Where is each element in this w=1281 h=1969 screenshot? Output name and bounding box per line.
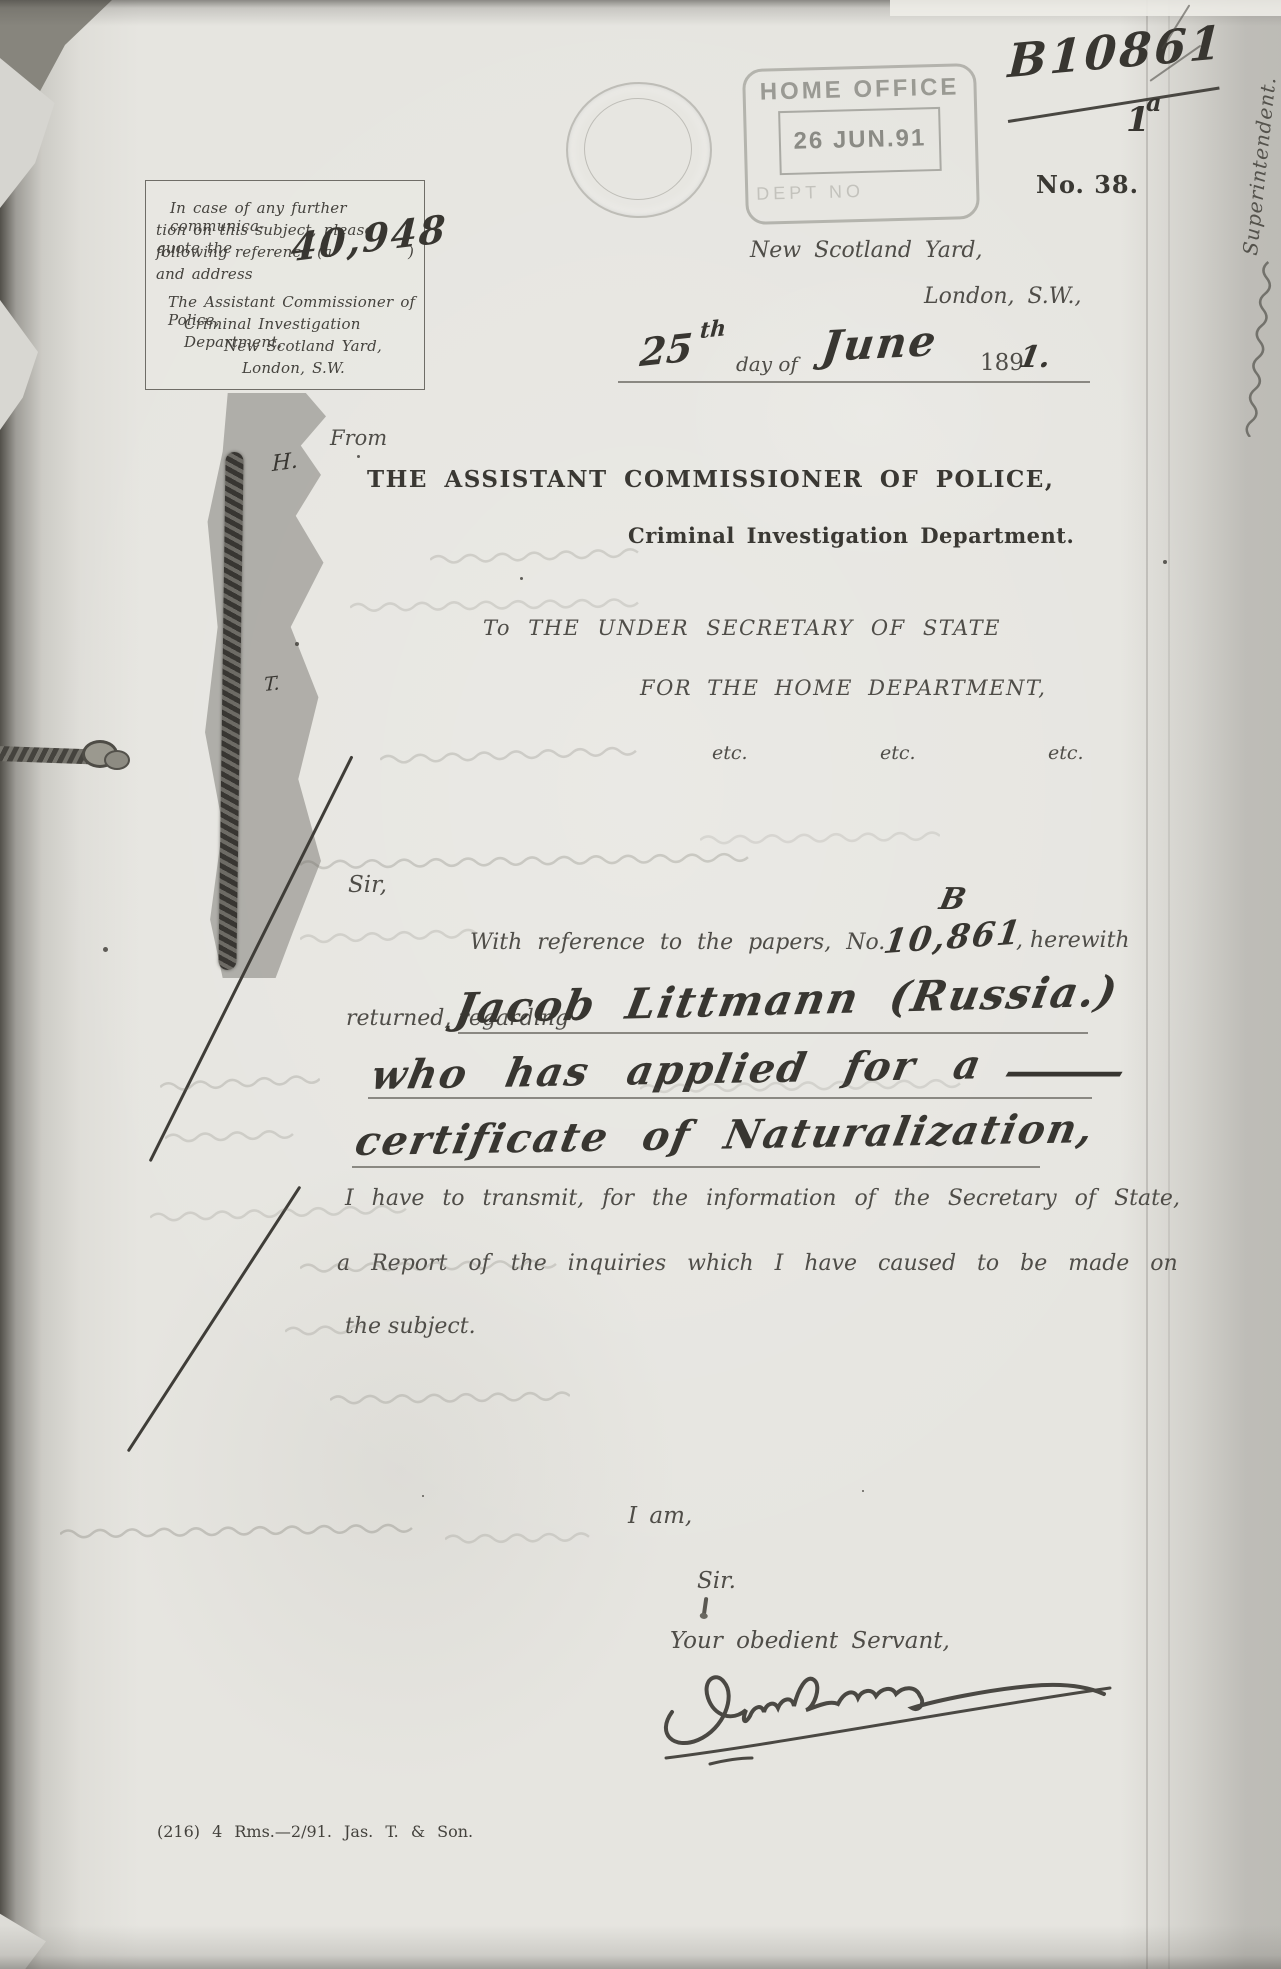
fill-rule-3 <box>352 1166 1040 1168</box>
reference-instruction-box: In case of any further communica- tion o… <box>145 180 425 390</box>
handwritten-day: 25 <box>638 324 694 375</box>
refbox-address4: London, S.W. <box>242 359 345 377</box>
cord-knot-end <box>104 750 130 770</box>
home-office-stamp: HOME OFFICE 26 JUN.91 DEPT NO <box>742 63 980 225</box>
vertical-crease <box>1168 0 1170 1969</box>
closing-i-am: I am, <box>628 1503 692 1529</box>
to-line1: To THE UNDER SECRETARY OF STATE <box>483 616 1001 640</box>
foxing-speck <box>357 455 360 458</box>
from-subtitle: Criminal Investigation Department. <box>628 523 1074 548</box>
etc-3: etc. <box>1048 742 1084 764</box>
margin-initial-1: H. <box>272 448 298 477</box>
faint-bleedthrough-scrawl <box>285 1320 376 1339</box>
foxing-speck <box>862 1490 864 1492</box>
salutation: Sir, <box>348 872 387 898</box>
ref-sentence: With reference to the papers, No. <box>470 930 885 955</box>
scanned-letter-page: B10861 1 a No. 38. HOME OFFICE 26 JUN.91… <box>0 0 1281 1969</box>
closing-sir: Sir. <box>697 1568 736 1594</box>
from-label: From <box>330 426 387 450</box>
handwritten-day-suffix: th <box>699 315 727 344</box>
fill-rule-1 <box>458 1032 1088 1034</box>
paper-blotch <box>120 1150 680 1790</box>
stamp-office-text: HOME OFFICE <box>745 73 974 107</box>
vertical-crease <box>1146 0 1148 1969</box>
stamp-date-text: 26 JUN.91 <box>781 124 940 156</box>
stamp-dept-text: DEPT NO <box>756 178 984 205</box>
refbox-address3: New Scotland Yard, <box>224 337 382 355</box>
printed-day-of: day of <box>736 352 798 376</box>
handwritten-year-digit: 1. <box>1016 340 1053 375</box>
faint-bleedthrough-scrawl <box>445 1529 595 1548</box>
body-para1: I have to transmit, for the information … <box>345 1186 1180 1211</box>
printer-imprint: (216) 4 Rms.—2/91. Jas. T. & Son. <box>157 1822 473 1841</box>
to-line2: FOR THE HOME DEPARTMENT, <box>640 676 1046 700</box>
refbox-line4: and address <box>156 265 253 283</box>
left-torn-edge <box>0 0 140 1969</box>
bottom-edge-shade <box>0 1925 1281 1969</box>
document-number: No. 38. <box>1036 170 1139 199</box>
foxing-speck <box>1163 560 1167 564</box>
foxing-speck <box>520 577 523 580</box>
foxing-speck <box>295 642 299 646</box>
signature-scrawl: R Anderson <box>658 1646 1128 1776</box>
letterhead-place2: London, S.W., <box>924 284 1082 309</box>
from-title: THE ASSISTANT COMMISSIONER OF POLICE, <box>367 466 1054 493</box>
ref-sentence-end: , herewith <box>1016 928 1130 953</box>
stamp-date-box: 26 JUN.91 <box>778 107 942 175</box>
handwritten-line2-dash: — <box>1000 1048 1128 1095</box>
etc-2: etc. <box>880 742 916 764</box>
top-right-torn-edge <box>890 0 1281 16</box>
embossed-police-seal <box>566 82 712 218</box>
handwritten-file-index-sup: a <box>1146 88 1162 117</box>
letterhead-place1: New Scotland Yard, <box>750 238 983 263</box>
fill-rule-2 <box>368 1097 1092 1099</box>
date-line-rule <box>618 381 1090 383</box>
foxing-speck <box>422 1495 424 1497</box>
embossed-seal-inner-ring <box>584 98 692 200</box>
etc-1: etc. <box>712 742 748 764</box>
handwritten-month: June <box>819 316 941 371</box>
foxing-speck <box>103 947 108 952</box>
margin-initial-2: T. <box>264 672 281 696</box>
